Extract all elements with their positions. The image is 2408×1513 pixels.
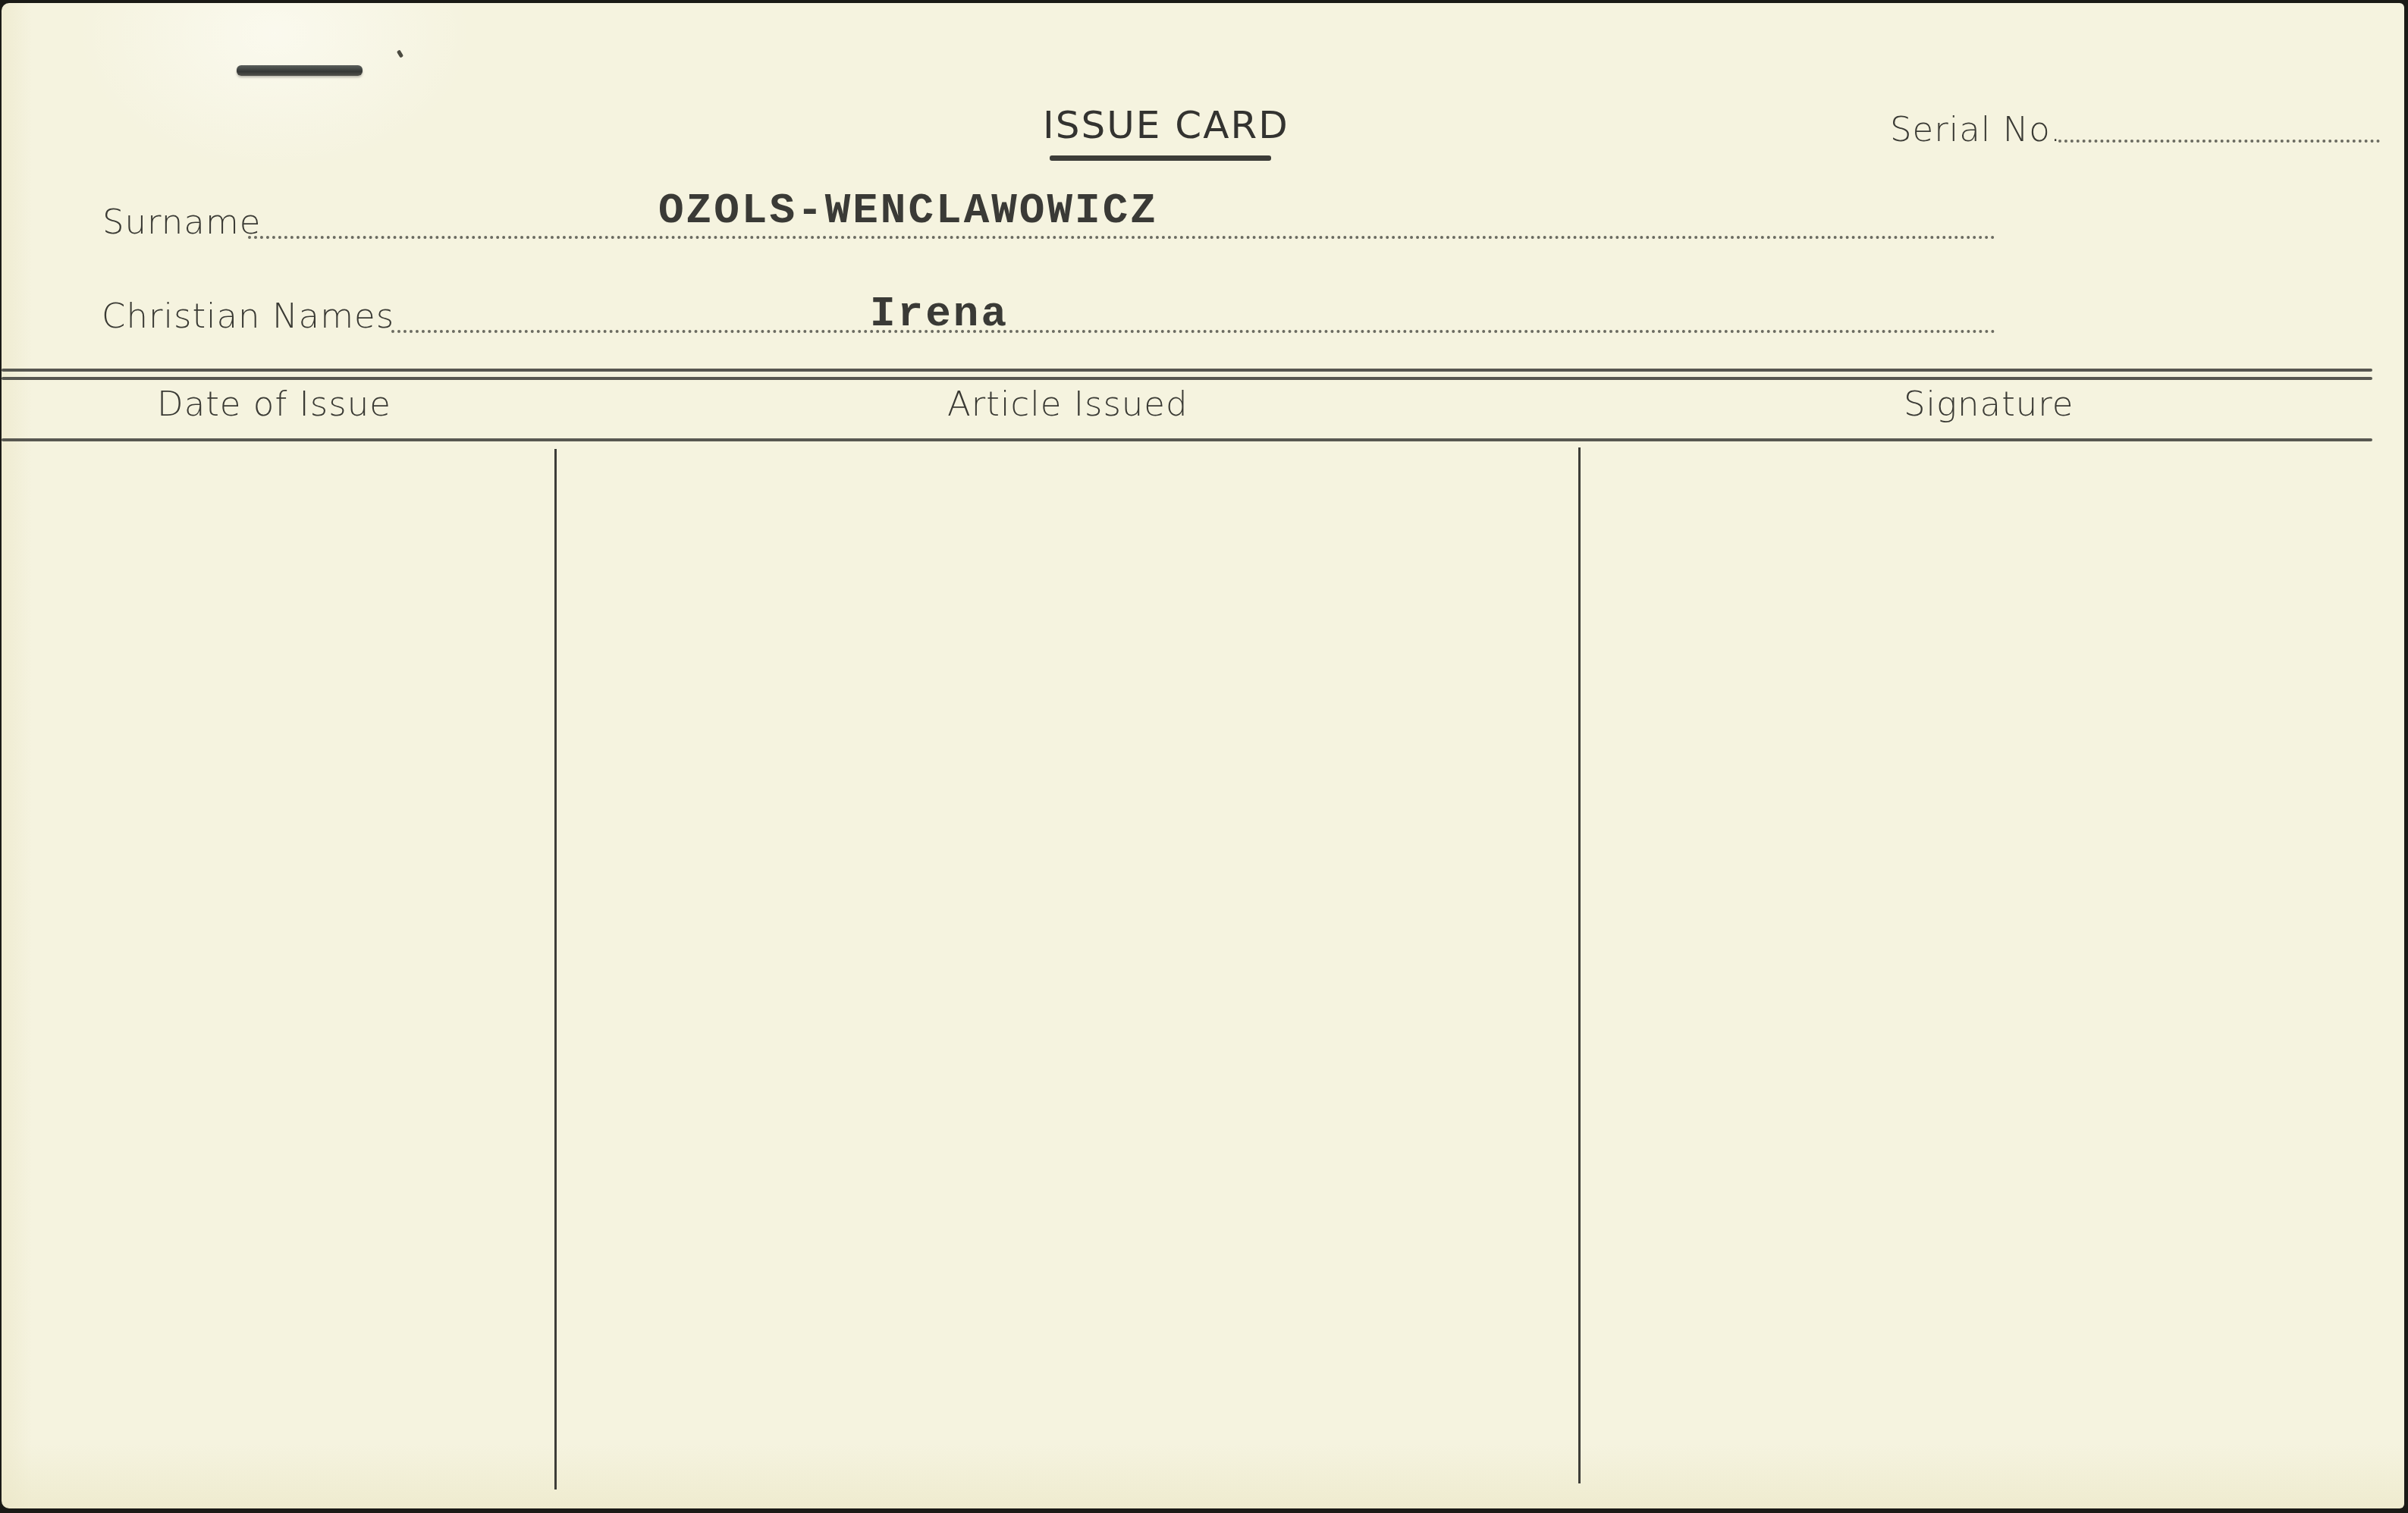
header-rule-bottom xyxy=(2,377,2372,380)
surname-label: Surname xyxy=(102,202,261,242)
christian-names-label: Christian Names xyxy=(102,296,394,336)
surname-field[interactable] xyxy=(248,236,1996,239)
article-issued-column[interactable] xyxy=(557,450,1578,1489)
christian-names-value: Irena xyxy=(870,290,1009,338)
title-underline xyxy=(1050,155,1271,161)
serial-no-label: Serial No. xyxy=(1890,109,2061,149)
header-rule-lower xyxy=(2,438,2372,441)
column-divider-2 xyxy=(1578,447,1581,1483)
card-title: ISSUE CARD xyxy=(1043,103,1289,147)
christian-names-field[interactable] xyxy=(391,330,1996,333)
staple-icon xyxy=(237,65,363,76)
date-of-issue-column[interactable] xyxy=(2,450,554,1489)
ink-speck xyxy=(397,49,403,58)
column-header-date-of-issue: Date of Issue xyxy=(157,384,391,424)
signature-column[interactable] xyxy=(1581,450,2370,1489)
surname-value: OZOLS-WENCLAWOWICZ xyxy=(658,187,1158,235)
column-header-signature: Signature xyxy=(1904,384,2074,424)
serial-no-field[interactable] xyxy=(2058,140,2380,143)
header-rule-top xyxy=(2,369,2372,372)
issue-card: ISSUE CARD Serial No. Surname OZOLS-WENC… xyxy=(2,3,2404,1508)
column-header-article-issued: Article Issued xyxy=(947,384,1188,424)
column-divider-1 xyxy=(554,449,557,1489)
